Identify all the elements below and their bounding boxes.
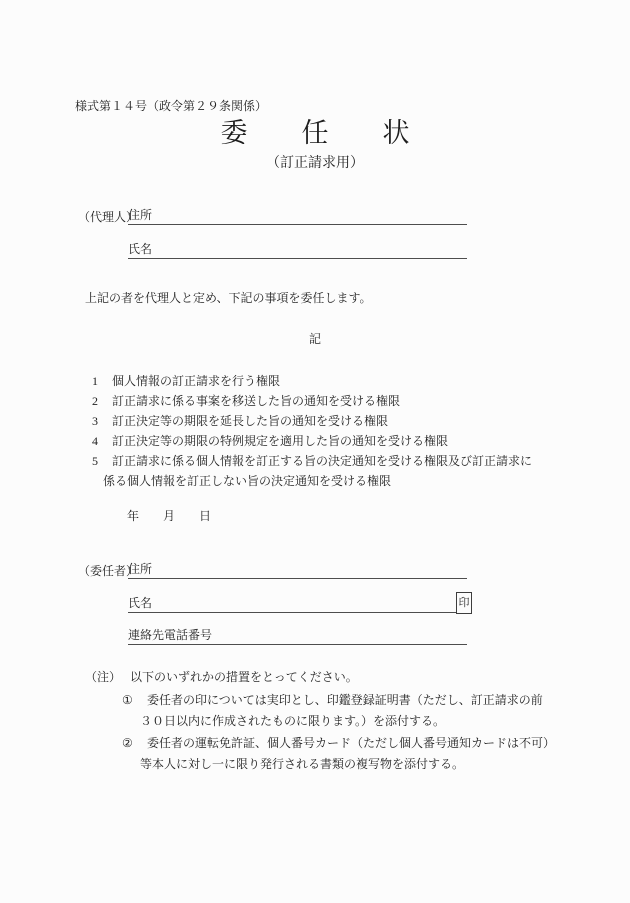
list-item-number: 2 [92, 391, 98, 411]
list-item-number: 1 [92, 371, 98, 391]
principal-address-field[interactable]: 住所 [128, 560, 467, 579]
note-item-text: 委任者の印については実印とし、印鑑登録証明書（ただし、訂正請求の前 [147, 690, 543, 710]
note-item: ① 委任者の印については実印とし、印鑑登録証明書（ただし、訂正請求の前 [0, 690, 630, 710]
note-item-text: 委任者の運転免許証、個人番号カード（ただし個人番号通知カードは不可） [147, 733, 555, 753]
note-label: （注） [85, 668, 121, 686]
principal-name-field[interactable]: 氏名 [128, 594, 457, 613]
list-item-text: 訂正請求に係る個人情報を訂正する旨の決定通知を受ける権限及び訂正請求に [112, 451, 532, 471]
list-item-number: 3 [92, 411, 98, 431]
list-item-number: 4 [92, 431, 98, 451]
agent-address-label: 住所 [128, 208, 152, 222]
note-item: ② 委任者の運転免許証、個人番号カード（ただし個人番号通知カードは不可） [0, 733, 630, 753]
note-item-continuation: ３０日以内に作成されたものに限ります。）を添付する。 [0, 711, 630, 731]
date-line[interactable]: 年 月 日 [127, 507, 211, 525]
principal-phone-label: 連絡先電話番号 [128, 628, 212, 642]
power-of-attorney-document: 様式第１４号（政令第２９条関係） 委 任 状 （訂正請求用） （代理人） 住所 … [0, 0, 630, 903]
note-item-text: ３０日以内に作成されたものに限ります。）を添付する。 [140, 711, 445, 731]
note-intro: 以下のいずれかの措置をとってください。 [130, 668, 358, 686]
agent-name-field[interactable]: 氏名 [128, 240, 467, 259]
list-item-text: 係る個人情報を訂正しない旨の決定通知を受ける権限 [103, 471, 391, 491]
list-item-continuation: 係る個人情報を訂正しない旨の決定通知を受ける権限 [0, 471, 630, 491]
note-item-marker: ② [122, 733, 133, 753]
agent-name-label: 氏名 [128, 242, 152, 256]
list-item: 2 訂正請求に係る事案を移送した旨の通知を受ける権限 [0, 391, 630, 411]
list-item-number: 5 [92, 451, 98, 471]
seal-placeholder-box: 印 [456, 592, 472, 614]
document-subtitle: （訂正請求用） [0, 155, 630, 173]
declaration-sentence: 上記の者を代理人と定め、下記の事項を委任します。 [85, 289, 372, 307]
list-item-text: 訂正請求に係る事案を移送した旨の通知を受ける権限 [112, 391, 400, 411]
principal-name-label: 氏名 [128, 596, 152, 610]
list-item: 1 個人情報の訂正請求を行う権限 [0, 371, 630, 391]
list-item: 3 訂正決定等の期限を延長した旨の通知を受ける権限 [0, 411, 630, 431]
form-number: 様式第１４号（政令第２９条関係） [75, 97, 267, 115]
note-item-marker: ① [122, 690, 133, 710]
list-item: 4 訂正決定等の期限の特例規定を適用した旨の通知を受ける権限 [0, 431, 630, 451]
principal-phone-field[interactable]: 連絡先電話番号 [128, 626, 467, 645]
agent-address-field[interactable]: 住所 [128, 206, 467, 225]
note-item-text: 等本人に対し一に限り発行される書類の複写物を添付する。 [140, 754, 464, 774]
list-item-text: 訂正決定等の期限の特例規定を適用した旨の通知を受ける権限 [112, 431, 448, 451]
note-item-continuation: 等本人に対し一に限り発行される書類の複写物を添付する。 [0, 754, 630, 774]
list-item-text: 訂正決定等の期限を延長した旨の通知を受ける権限 [112, 411, 388, 431]
document-title: 委 任 状 [0, 117, 630, 149]
list-item-text: 個人情報の訂正請求を行う権限 [112, 371, 280, 391]
list-item: 5 訂正請求に係る個人情報を訂正する旨の決定通知を受ける権限及び訂正請求に [0, 451, 630, 471]
principal-address-label: 住所 [128, 562, 152, 576]
section-heading-ki: 記 [0, 330, 630, 348]
